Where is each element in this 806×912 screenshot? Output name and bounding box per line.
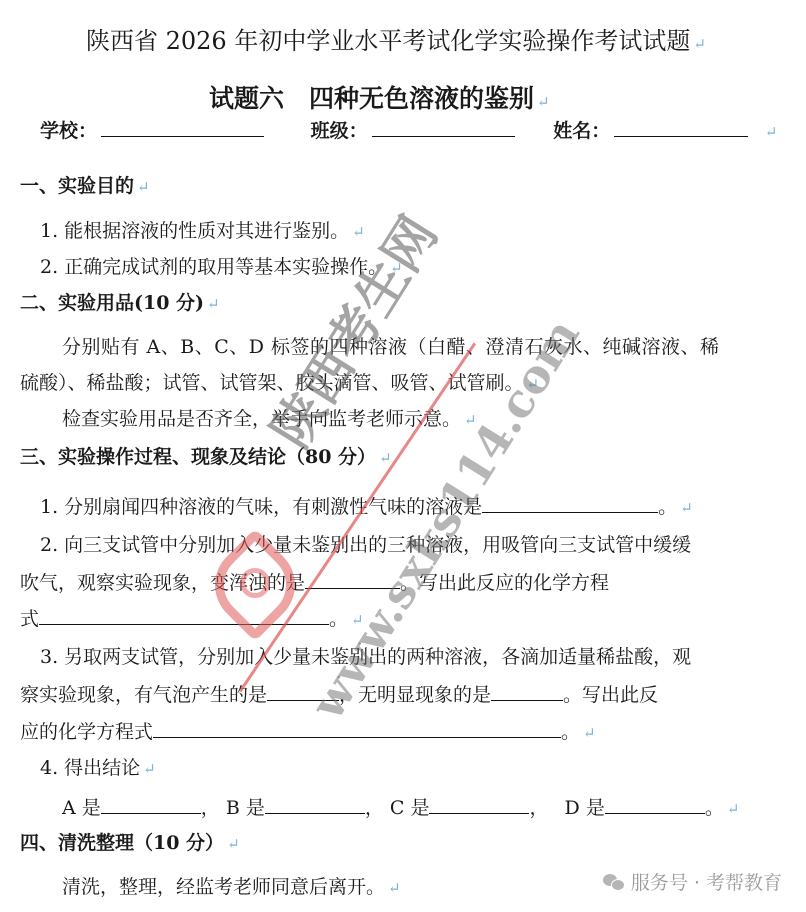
answer-b-blank[interactable]	[265, 795, 365, 814]
conclusion-answers-row: A 是， B 是， C 是， D 是。↵	[62, 795, 739, 821]
paragraph-mark-icon: ↵	[207, 295, 220, 313]
school-field[interactable]	[101, 118, 264, 137]
q3-bubbles-blank[interactable]	[267, 682, 339, 701]
document-title: 陕西省 2026 年初中学业水平考试化学实验操作考试试题↵	[86, 26, 706, 59]
section-heading-purpose: 一、实验目的↵	[20, 174, 150, 199]
paragraph-mark-icon: ↵	[227, 835, 240, 853]
class-field[interactable]	[372, 118, 515, 137]
paragraph-mark-icon: ↵	[143, 760, 156, 778]
paragraph-mark-icon: ↵	[388, 879, 401, 897]
class-label: 班级：	[311, 119, 368, 143]
purpose-item-1: 1. 能根据溶液的性质对其进行鉴别。↵	[40, 219, 365, 244]
question-2-line-3: 式。↵	[20, 606, 364, 632]
footer-brand-text: 服务号 · 考帮教育	[631, 872, 782, 894]
section-heading-materials: 二、实验用品(10 分)↵	[20, 291, 220, 316]
student-info-row: 学校： 班级： 姓名： ↵	[40, 118, 778, 144]
question-3-line-1: 3. 另取两支试管，分别加入少量未鉴别出的两种溶液，各滴加适量稀盐酸，观	[40, 645, 691, 669]
paragraph-mark-icon: ↵	[352, 223, 365, 241]
paragraph-mark-icon: ↵	[351, 611, 364, 629]
paragraph-mark-icon: ↵	[537, 93, 550, 111]
section-heading-cleanup: 四、清洗整理（10 分）↵	[20, 831, 240, 856]
q1-answer-blank[interactable]	[482, 494, 658, 513]
question-3-line-2: 察实验现象，有气泡产生的是，无明显现象的是。写出此反	[20, 682, 658, 707]
purpose-item-2: 2. 正确完成试剂的取用等基本实验操作。↵	[40, 255, 403, 280]
section-heading-procedure: 三、实验操作过程、现象及结论（80 分）↵	[20, 445, 392, 470]
paragraph-mark-icon: ↵	[464, 411, 477, 429]
question-2-line-1: 2. 向三支试管中分别加入少量未鉴别出的三种溶液，用吸管向三支试管中缓缓	[40, 533, 691, 557]
q2-equation-blank[interactable]	[39, 606, 329, 625]
paragraph-mark-icon: ↵	[137, 178, 150, 196]
question-2-line-2: 吹气，观察实验现象，变浑浊的是。写出此反应的化学方程	[20, 570, 609, 595]
paragraph-mark-icon: ↵	[379, 449, 392, 467]
materials-para-1-cont: 硫酸）、稀盐酸；试管、试管架、胶头滴管、吸管、试管刷。↵	[20, 371, 539, 396]
name-label: 姓名：	[553, 119, 610, 143]
cleanup-para: 清洗，整理，经监考老师同意后离开。↵	[62, 875, 401, 900]
materials-para-1: 分别贴有 A、B、C、D 标签的四种溶液（白醋、澄清石灰水、纯碱溶液、稀	[62, 335, 720, 359]
name-field[interactable]	[614, 118, 748, 137]
paragraph-mark-icon: ↵	[727, 800, 740, 818]
paragraph-mark-icon: ↵	[583, 724, 596, 742]
document-subtitle: 试题六 四种无色溶液的鉴别↵	[209, 84, 550, 117]
paragraph-mark-icon: ↵	[390, 259, 403, 277]
wechat-icon	[603, 873, 625, 891]
paragraph-mark-icon: ↵	[527, 375, 540, 393]
question-4: 4. 得出结论↵	[40, 756, 156, 781]
paragraph-mark-icon: ↵	[680, 499, 693, 517]
q2-turbid-blank[interactable]	[305, 570, 400, 589]
paragraph-mark-icon: ↵	[693, 35, 706, 53]
question-1: 1. 分别扇闻四种溶液的气味，有刺激性气味的溶液是。↵	[40, 494, 693, 520]
materials-para-2: 检查实验用品是否齐全，举手向监考老师示意。↵	[62, 407, 477, 432]
school-label: 学校：	[40, 119, 97, 143]
question-3-line-3: 应的化学方程式。↵	[20, 719, 596, 745]
footer-brand: 服务号 · 考帮教育	[603, 868, 782, 895]
answer-c-blank[interactable]	[429, 795, 529, 814]
paragraph-mark-icon: ↵	[765, 123, 778, 141]
answer-a-blank[interactable]	[101, 795, 201, 814]
q3-equation-blank[interactable]	[153, 719, 561, 738]
answer-d-blank[interactable]	[605, 795, 705, 814]
q3-no-change-blank[interactable]	[491, 682, 563, 701]
